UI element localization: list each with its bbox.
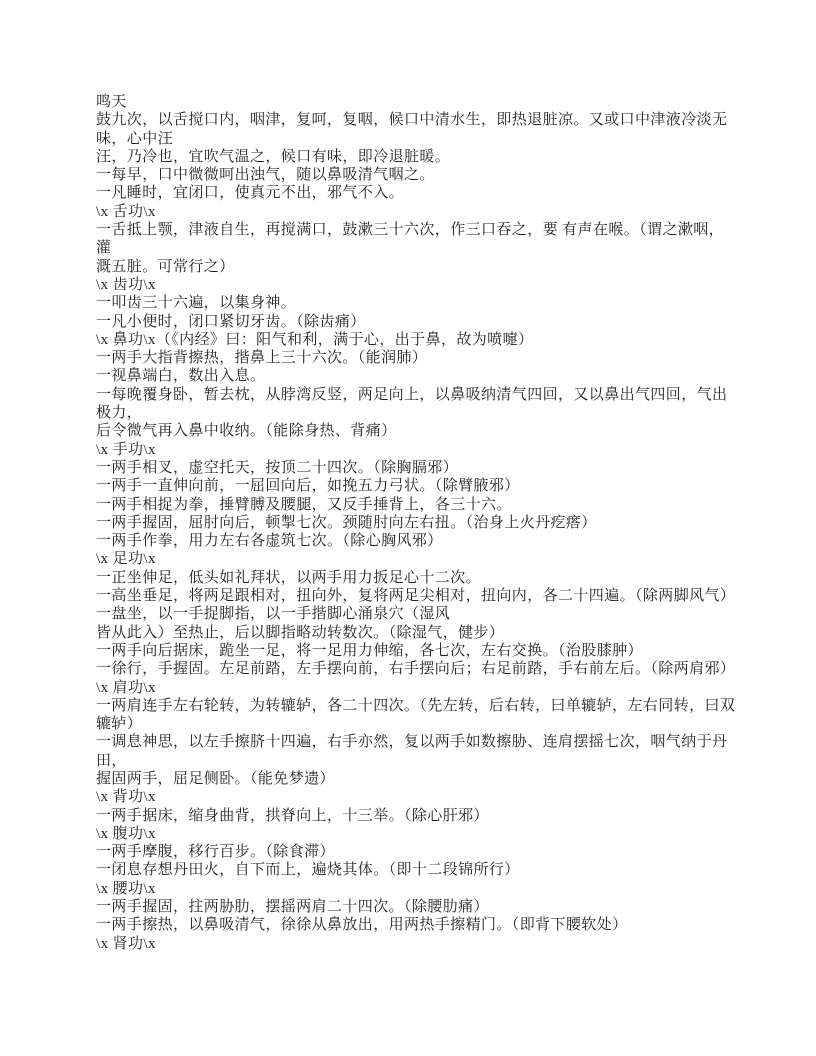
text-line: 灌 <box>96 239 732 257</box>
text-line: 味，心中汪 <box>96 130 732 148</box>
text-line: 一凡小便时，闭口紧切牙齿。（除齿痛） <box>96 313 732 331</box>
text-line: 鼓九次，以舌搅口内，咽津，复呵，复咽，候口中清水生，即热退脏凉。又或口中津液冷淡… <box>96 111 732 129</box>
text-line: \x 腰功\x <box>96 880 732 898</box>
text-line: 一两手握固，屈肘向后，顿掣七次。颈随肘向左右扭。（治身上火丹疙瘩） <box>96 514 732 532</box>
text-line: 一两手擦热，以鼻吸清气，徐徐从鼻放出，用两热手擦精门。（即背下腰软处） <box>96 916 732 934</box>
text-line: 一两手一直伸向前，一屈回向后，如挽五力弓状。（除臂腋邪） <box>96 477 732 495</box>
text-line: 一两手摩腹，移行百步。（除食滞） <box>96 843 732 861</box>
text-line: 辘轳） <box>96 715 732 733</box>
text-line: 溉五脏。可常行之） <box>96 258 732 276</box>
text-line: 一每晚覆身卧，暂去枕，从脖湾反竖，两足向上，以鼻吸纳清气四回，又以鼻出气四回，气… <box>96 386 732 404</box>
document-text-block: 鸣天鼓九次，以舌搅口内，咽津，复呵，复咽，候口中清水生，即热退脏凉。又或口中津液… <box>96 93 732 953</box>
text-line: 汪，乃冷也，宜吹气温之，候口有味，即冷退脏暖。 <box>96 148 732 166</box>
text-line: 一闭息存想丹田火，自下而上，遍烧其体。（即十二段锦所行） <box>96 861 732 879</box>
text-line: 鸣天 <box>96 93 732 111</box>
text-line: \x 背功\x <box>96 788 732 806</box>
text-line: 一两手握固，拄两胁肋，摆摇两肩二十四次。（除腰肋痛） <box>96 898 732 916</box>
text-line: 一两手相捉为拳，捶臂膊及腰腿，又反手捶背上，各三十六。 <box>96 496 732 514</box>
text-line: 一凡睡时，宜闭口，使真元不出，邪气不入。 <box>96 184 732 202</box>
text-line: 田， <box>96 752 732 770</box>
text-line: 握固两手，屈足侧卧。（能免梦遗） <box>96 770 732 788</box>
text-line: \x 齿功\x <box>96 276 732 294</box>
text-line: 一盘坐，以一手捉脚指，以一手揩脚心涌泉穴（湿风 <box>96 605 732 623</box>
text-line: 一每早，口中微微呵出浊气，随以鼻吸清气咽之。 <box>96 166 732 184</box>
text-line: \x 鼻功\x（《内经》曰：阳气和利，满于心，出于鼻，故为喷嚏） <box>96 331 732 349</box>
text-line: 一两手大指背擦热，揩鼻上三十六次。（能润肺） <box>96 349 732 367</box>
text-line: 一高坐垂足，将两足跟相对，扭向外，复将两足尖相对，扭向内，各二十四遍。（除两脚风… <box>96 587 732 605</box>
text-line: 一叩齿三十六遍，以集身神。 <box>96 294 732 312</box>
text-line: 一舌抵上颚，津液自生，再搅满口，鼓漱三十六次，作三口吞之，要 有声在喉。（谓之漱… <box>96 221 732 239</box>
document-page: 鸣天鼓九次，以舌搅口内，咽津，复呵，复咽，候口中清水生，即热退脏凉。又或口中津液… <box>0 0 816 1056</box>
text-line: 一两手向后据床，跪坐一足，将一足用力伸缩，各七次，左右交换。（治股膝肿） <box>96 642 732 660</box>
text-line: \x 手功\x <box>96 441 732 459</box>
text-line: 一正坐伸足，低头如礼拜状，以两手用力扳足心十二次。 <box>96 569 732 587</box>
text-line: 极力， <box>96 404 732 422</box>
text-line: 一两手作拳，用力左右各虚筑七次。（除心胸风邪） <box>96 532 732 550</box>
text-line: 一视鼻端白，数出入息。 <box>96 367 732 385</box>
text-line: \x 肩功\x <box>96 679 732 697</box>
text-line: \x 舌功\x <box>96 203 732 221</box>
text-line: 皆从此入）至热止，后以脚指略动转数次。（除湿气，健步） <box>96 624 732 642</box>
text-line: 一两肩连手左右轮转，为转辘轳，各二十四次。（先左转，后右转，曰单辘轳，左右同转，… <box>96 697 732 715</box>
text-line: \x 足功\x <box>96 550 732 568</box>
text-line: 一调息神思，以左手擦脐十四遍，右手亦然，复以两手如数擦胁、连肩摆摇七次，咽气纳于… <box>96 733 732 751</box>
text-line: 一徐行，手握固。左足前踏，左手摆向前，右手摆向后；右足前踏，手右前左后。（除两肩… <box>96 660 732 678</box>
text-line: 一两手相叉，虚空托天，按顶二十四次。（除胸膈邪） <box>96 459 732 477</box>
text-line: \x 肾功\x <box>96 935 732 953</box>
text-line: 一两手据床，缩身曲背，拱脊向上，十三举。（除心肝邪） <box>96 807 732 825</box>
text-line: \x 腹功\x <box>96 825 732 843</box>
text-line: 后令微气再入鼻中收纳。（能除身热、背痛） <box>96 422 732 440</box>
